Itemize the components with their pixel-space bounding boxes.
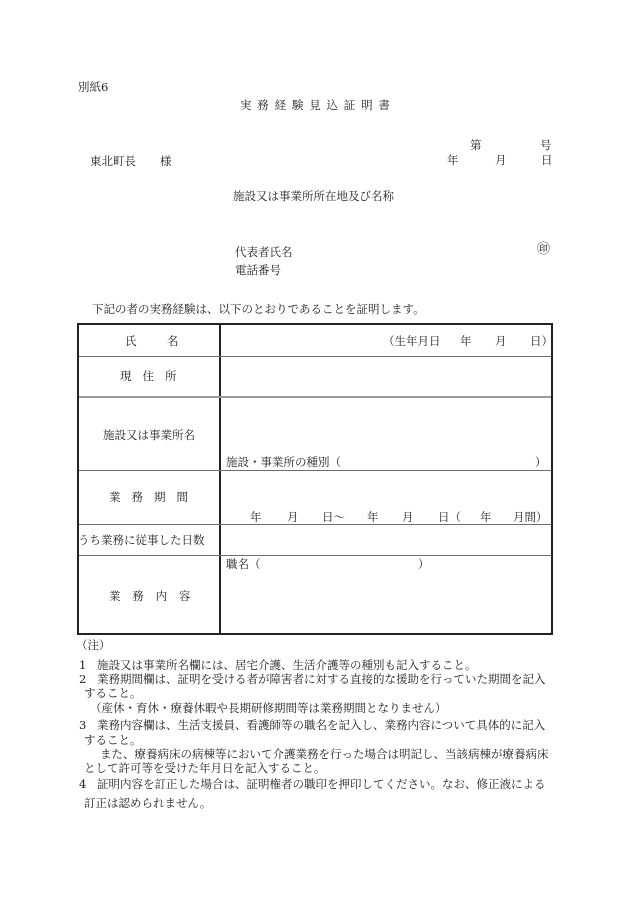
note-number: 1 [79, 658, 86, 672]
period-total-year: 年 [480, 510, 492, 524]
note-text: として許可等を受けた年月日を記入すること。 [84, 761, 326, 775]
birth-day-label: 日） [530, 334, 553, 348]
intro-statement: 下記の者の実務経験は、以下のとおりであることを証明します。 [92, 302, 425, 316]
work-period-label: 業務期間 [109, 490, 199, 504]
facility-type-label: 施設・事業所の種別（ [226, 455, 341, 469]
date-month-label: 月 [495, 153, 507, 167]
address-label: 現住所 [120, 369, 188, 383]
seal-icon: ㊞ [537, 243, 550, 257]
number-prefix: 第 [470, 138, 482, 152]
note-text: すること。 [84, 733, 142, 747]
note-number: 2 [79, 672, 86, 686]
note-number: 3 [79, 718, 86, 732]
note-text: また、療養病床の病棟等において介護業務を行った場合は明記し、当該病棟が療養病床 [100, 747, 549, 761]
representative-name-label: 代表者氏名 [235, 245, 293, 259]
period-to-month: 月 [402, 510, 414, 524]
date-year-label: 年 [447, 153, 459, 167]
job-title-close: ） [418, 557, 430, 571]
birthdate-label: （生年月日 [383, 334, 441, 348]
period-to-day: 日（ [438, 510, 461, 524]
phone-number-label: 電話番号 [235, 263, 281, 277]
note-text: 証明内容を訂正した場合は、証明権者の職印を押印してください。なお、修正液による [97, 777, 546, 791]
period-from-month: 月 [287, 510, 299, 524]
days-worked-label: うち業務に従事した日数 [78, 533, 205, 547]
attachment-label: 別紙6 [78, 80, 108, 94]
column-divider [219, 324, 221, 634]
note-number: 4 [79, 777, 86, 791]
row-divider [79, 555, 551, 556]
note-text: （産休・育休・療養休暇や長期研修期間等は業務期間となりません） [90, 701, 447, 715]
number-suffix: 号 [540, 138, 552, 152]
period-total-month: 月間） [513, 510, 548, 524]
period-from-year: 年 [250, 510, 262, 524]
facility-type-close: ） [535, 455, 547, 469]
note-text: 施設又は事業所名欄には、居宅介護、生活介護等の種別も記入すること。 [97, 658, 477, 672]
duties-label: 業務内容 [109, 589, 202, 603]
addressee-honorific: 様 [160, 154, 172, 168]
birth-month-label: 月 [495, 334, 507, 348]
birth-year-label: 年 [460, 334, 472, 348]
facility-location-name-label: 施設又は事業所所在地及び名称 [233, 189, 394, 203]
row-divider [79, 396, 551, 398]
name-label: 氏名 [125, 334, 209, 348]
facility-name-label: 施設又は事業所名 [103, 428, 195, 442]
row-divider [79, 470, 551, 471]
period-from-day: 日〜 [322, 510, 345, 524]
row-divider [79, 356, 551, 357]
period-to-year: 年 [367, 510, 379, 524]
date-day-label: 日 [541, 153, 553, 167]
addressee: 東北町長 [90, 154, 136, 168]
row-divider [79, 524, 551, 525]
note-text: すること。 [84, 686, 142, 700]
notes-heading: （注） [76, 638, 111, 652]
note-text: 訂正は認められません。 [84, 796, 211, 810]
note-text: 業務期間欄は、証明を受ける者が障害者に対する直接的な援助を行っていた期間を記入 [97, 672, 546, 686]
job-title-label: 職名（ [226, 557, 261, 571]
document-title: 実務経験見込証明書 [240, 98, 396, 112]
note-text: 業務内容欄は、生活支援員、看護師等の職名を記入し、業務内容について具体的に記入 [97, 718, 545, 732]
